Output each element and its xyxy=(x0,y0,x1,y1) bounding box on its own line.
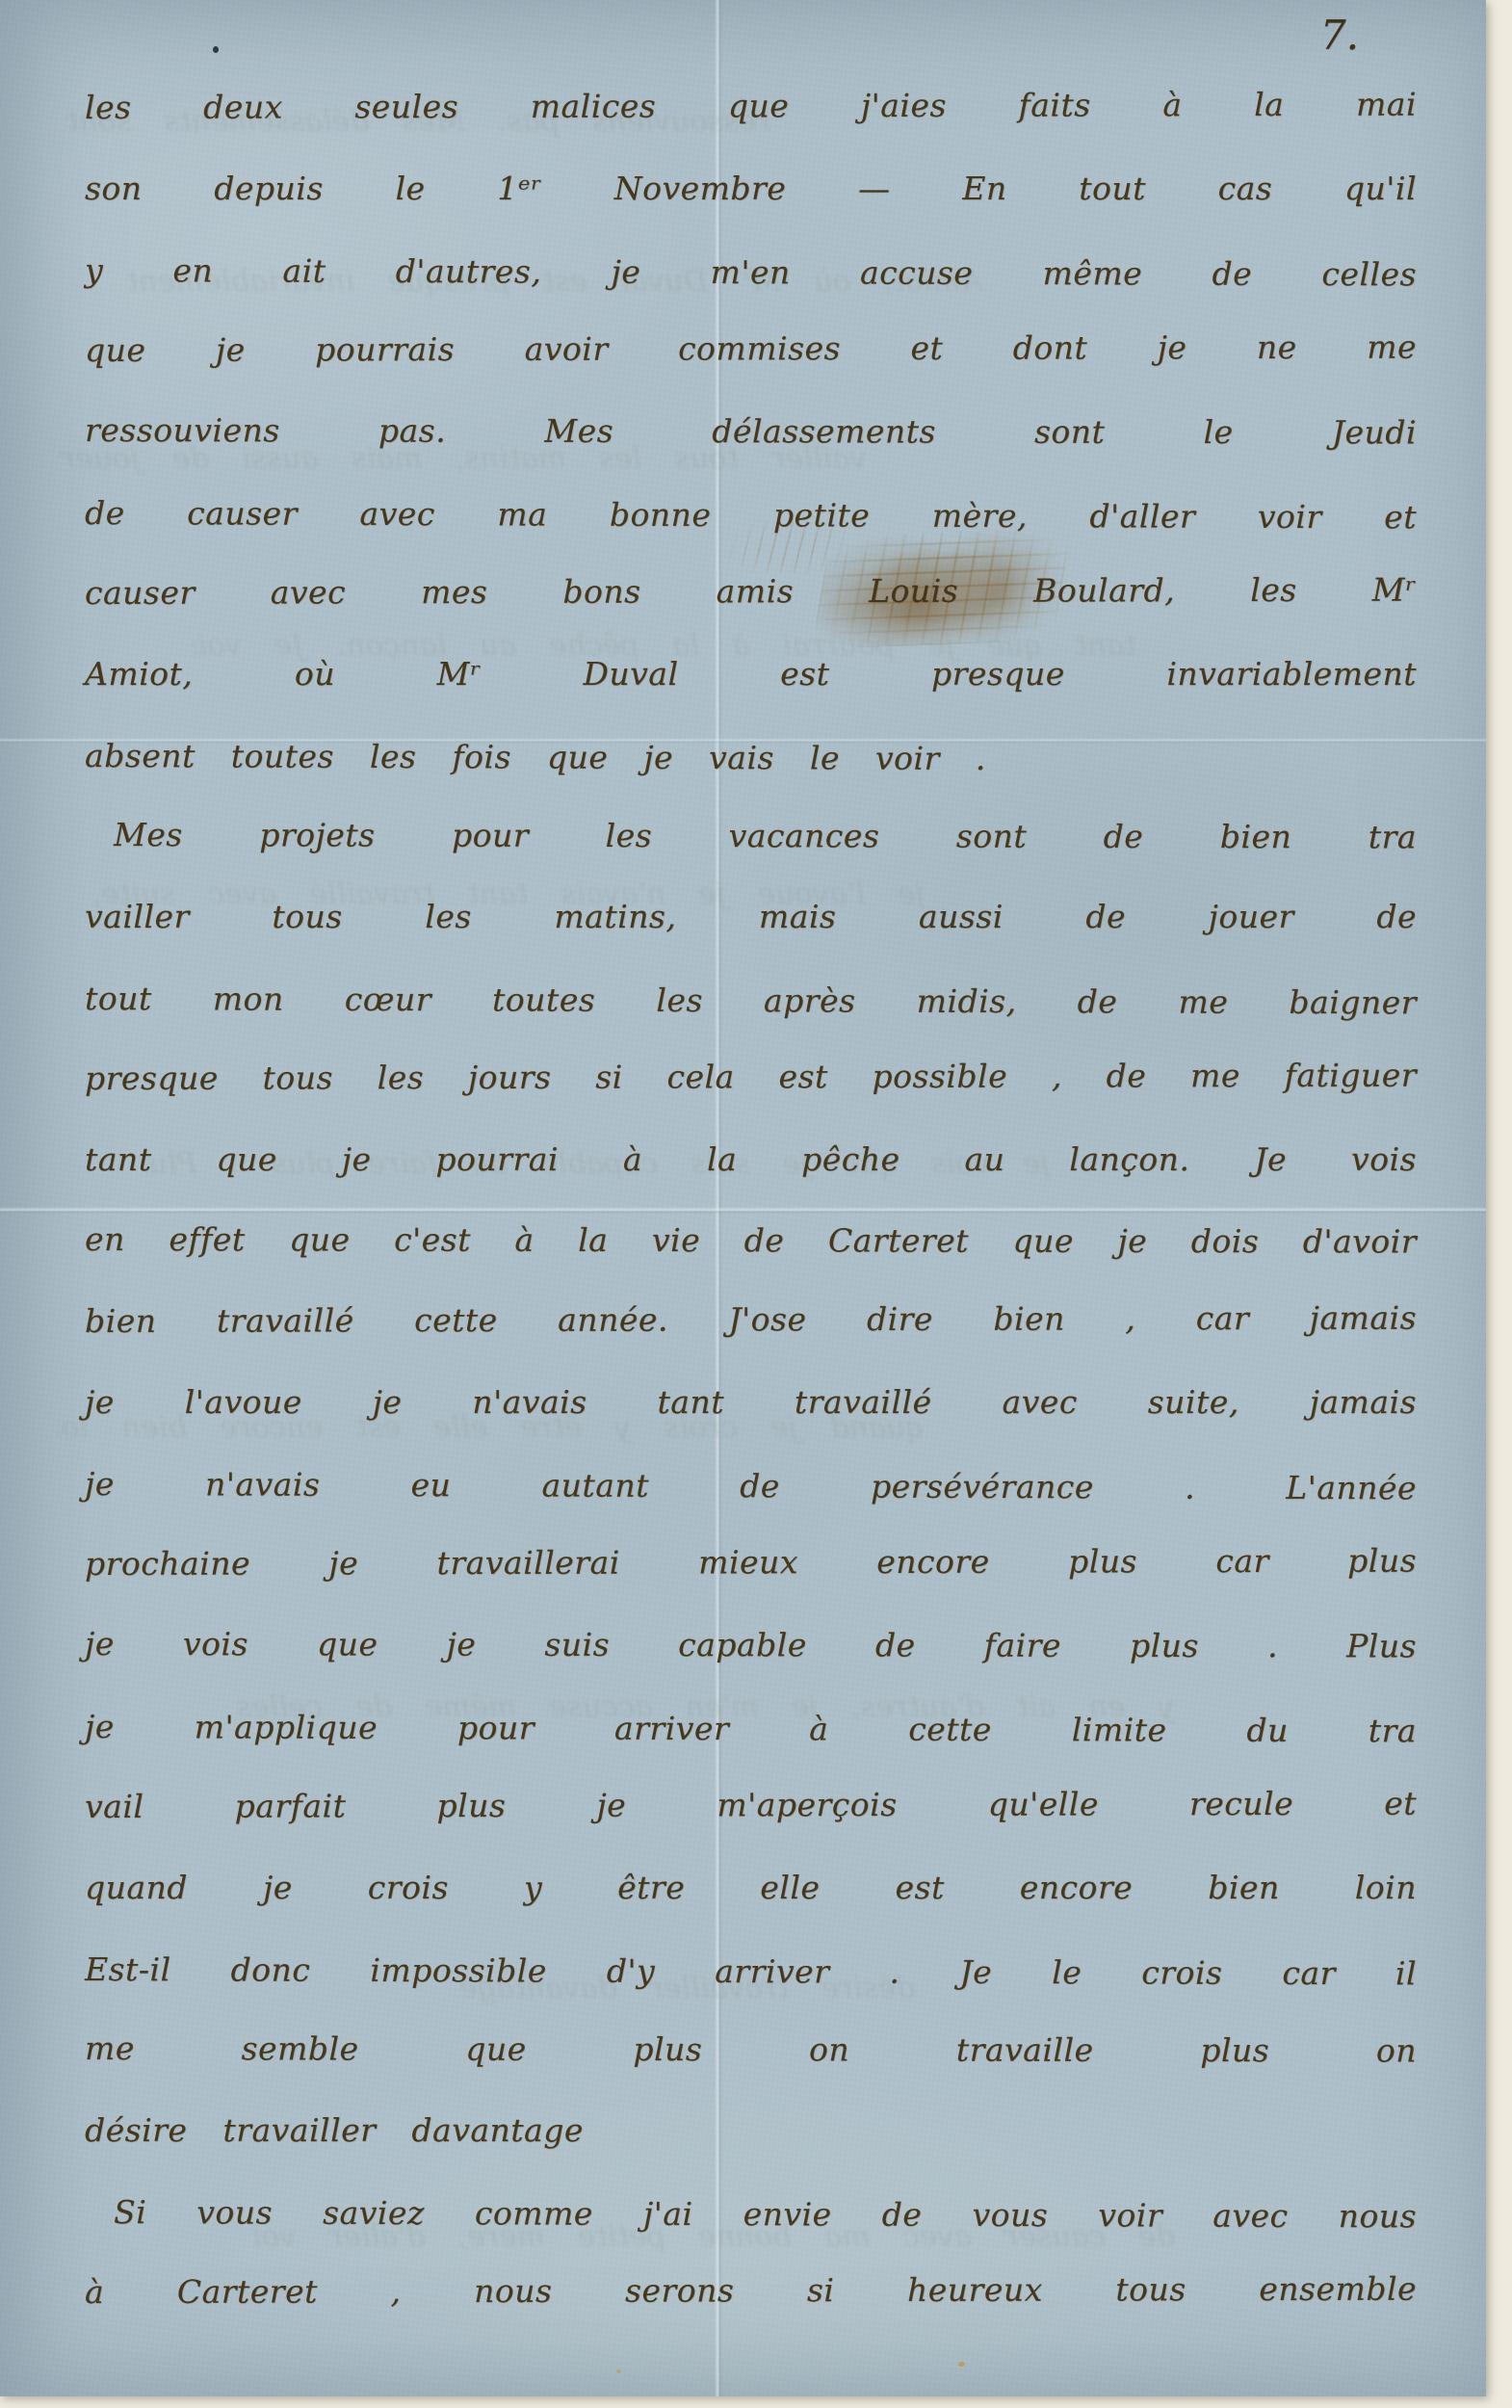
letter-line: je m'applique pour arriver à cette limit… xyxy=(85,1687,1417,1771)
letter-line: je vois que je suis capable de faire plu… xyxy=(85,1604,1417,1687)
letter-line: Mes projets pour les vacances sont de bi… xyxy=(85,795,1417,877)
letter-line: quand je crois y être elle est encore bi… xyxy=(85,1847,1417,1928)
letter-line: causer avec mes bons amis Louis Boulard,… xyxy=(85,550,1417,634)
photo-frame: ressouviens pas. Mes délassements sont l… xyxy=(0,0,1512,2408)
letter-line: tout mon cœur toutes les après midis, de… xyxy=(85,958,1417,1043)
letter-line: en effet que c'est à la vie de Carteret … xyxy=(85,1199,1417,1282)
ink-speck xyxy=(213,46,219,53)
letter-line: les deux seules malices que j'aies faits… xyxy=(85,65,1417,148)
letter-line: tant que je pourrai à la pêche au lançon… xyxy=(85,1119,1417,1200)
letter-page: ressouviens pas. Mes délassements sont l… xyxy=(0,0,1486,2396)
letter-line: absent toutes les fois que je vais le vo… xyxy=(85,716,1417,800)
letter-line: vailler tous les matins, mais aussi de j… xyxy=(85,877,1417,957)
paper-speck xyxy=(958,2362,965,2367)
letter-line: y en ait d'autres, je m'en accuse même d… xyxy=(85,230,1417,315)
letter-line: bien travaillé cette année. J'ose dire b… xyxy=(85,1278,1417,1362)
letter-line: désire travailler davantage xyxy=(85,2090,1417,2171)
letter-line: presque tous les jours si cela est possi… xyxy=(85,1035,1417,1119)
letter-line: Est-il donc impossible d'y arriver . Je … xyxy=(85,1929,1417,2014)
paper-speck xyxy=(616,2369,621,2373)
letter-line: Amiot, où Mʳ Duval est presque invariabl… xyxy=(85,634,1417,715)
letter-body: les deux seules malices que j'aies faits… xyxy=(85,67,1417,2333)
letter-line: que je pourrais avoir commises et dont j… xyxy=(85,307,1417,391)
letter-line: à Carteret , nous serons si heureux tous… xyxy=(85,2249,1417,2333)
letter-line: me semble que plus on travaille plus on xyxy=(85,2008,1417,2091)
letter-line: vail parfait plus je m'aperçois qu'elle … xyxy=(85,1764,1417,1847)
letter-line: Si vous saviez comme j'ai envie de vous … xyxy=(85,2172,1417,2257)
letter-line: de causer avec ma bonne petite mère, d'a… xyxy=(85,473,1417,558)
letter-line: je n'avais eu autant de persévérance . L… xyxy=(85,1444,1417,1529)
page-number: 7. xyxy=(1320,15,1359,56)
letter-line: son depuis le 1ᵉʳ Novembre — En tout cas… xyxy=(85,148,1417,229)
letter-line: prochaine je travaillerai mieux encore p… xyxy=(85,1521,1417,1605)
letter-line: ressouviens pas. Mes délassements sont l… xyxy=(85,390,1417,473)
letter-line: je l'avoue je n'avais tant travaillé ave… xyxy=(85,1362,1417,1443)
